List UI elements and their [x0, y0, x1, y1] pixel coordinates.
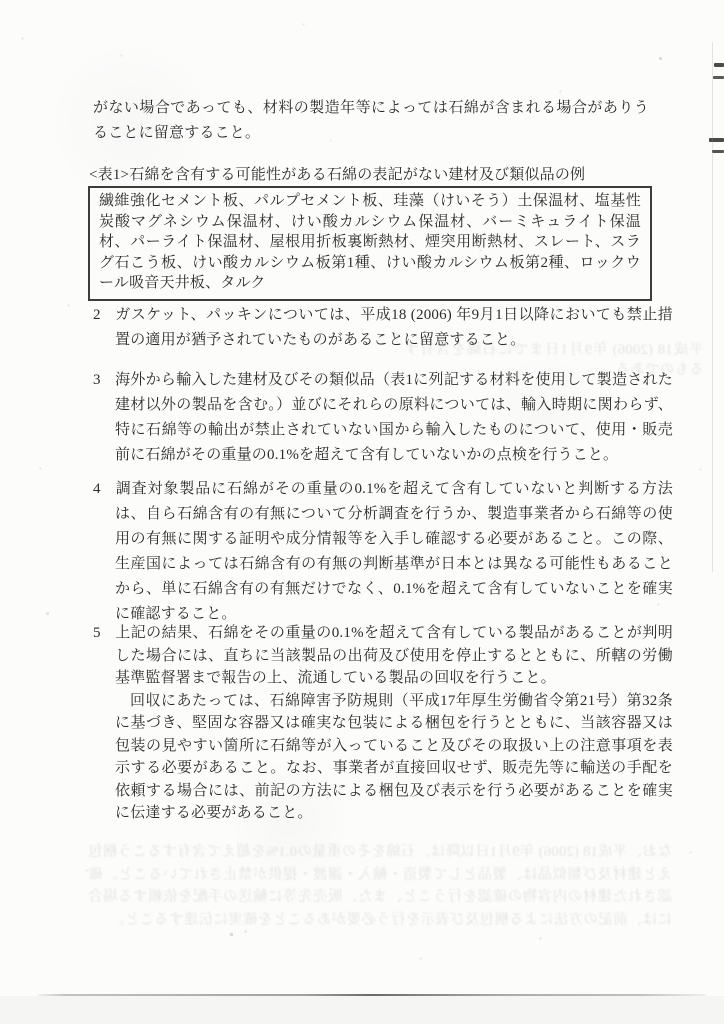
item-3-text: 海外から輸入した建材及びその類似品（表1に列記する材料を使用して製造された建材以… [115, 372, 673, 463]
item-2-number: 2 [93, 303, 115, 328]
intro-continuation-paragraph: がない場合であっても、材料の製造年等によっては石綿が含まれる場合がありうることに… [93, 96, 649, 146]
table1-body-text: 繊維強化セメント板、パルプセメント板、珪藻（けいそう）土保温材、塩基性炭酸マグネ… [99, 193, 641, 291]
numbered-item-5: 5上記の結果、石綿をその重量の0.1%を超えて含有している製品があることが判明し… [93, 622, 673, 825]
item-5-number: 5 [93, 622, 115, 645]
scan-edge-mark [714, 63, 724, 67]
item-4-number: 4 [93, 477, 115, 502]
scan-edge-mark [712, 150, 724, 153]
numbered-item-2: 2ガスケット、パッキンについては、平成18 (2006) 年9月1日以降において… [93, 303, 673, 353]
item-2-text: ガスケット、パッキンについては、平成18 (2006) 年9月1日以降においても… [115, 307, 673, 348]
scan-bottom-shading [0, 996, 724, 1024]
bleed-through-bottom-block: なお、平成18 (2006) 年9月1日以降は、石綿をその重量の0.1%を超えて… [88, 841, 672, 931]
numbered-item-4: 4調査対象製品に石綿がその重量の0.1%を超えて含有していないと判断する方法は、… [93, 477, 673, 627]
item-4-text: 調査対象製品に石綿がその重量の0.1%を超えて含有していないと判断する方法は、自… [115, 481, 673, 622]
table1-box: 繊維強化セメント板、パルプセメント板、珪藻（けいそう）土保温材、塩基性炭酸マグネ… [88, 186, 652, 301]
scan-edge-mark [713, 76, 724, 79]
table1-caption: <表1>石綿を含有する可能性がある石綿の表記がない建材及び類似品の例 [89, 163, 659, 188]
item-5-paragraph-1: 上記の結果、石綿をその重量の0.1%を超えて含有している製品があることが判明した… [115, 625, 673, 686]
scanned-document-page: がない場合であっても、材料の製造年等によっては石綿が含まれる場合がありうることに… [0, 0, 724, 1024]
numbered-item-3: 3海外から輸入した建材及びその類似品（表1に列記する材料を使用して製造された建材… [93, 368, 673, 468]
item-5-paragraph-2: 回収にあたっては、石綿障害予防規則（平成17年厚生労働省令第21号）第32条に基… [115, 690, 673, 825]
scan-noise-speckles [0, 0, 1, 1]
item-3-number: 3 [93, 368, 115, 393]
scan-edge-line [712, 42, 713, 572]
